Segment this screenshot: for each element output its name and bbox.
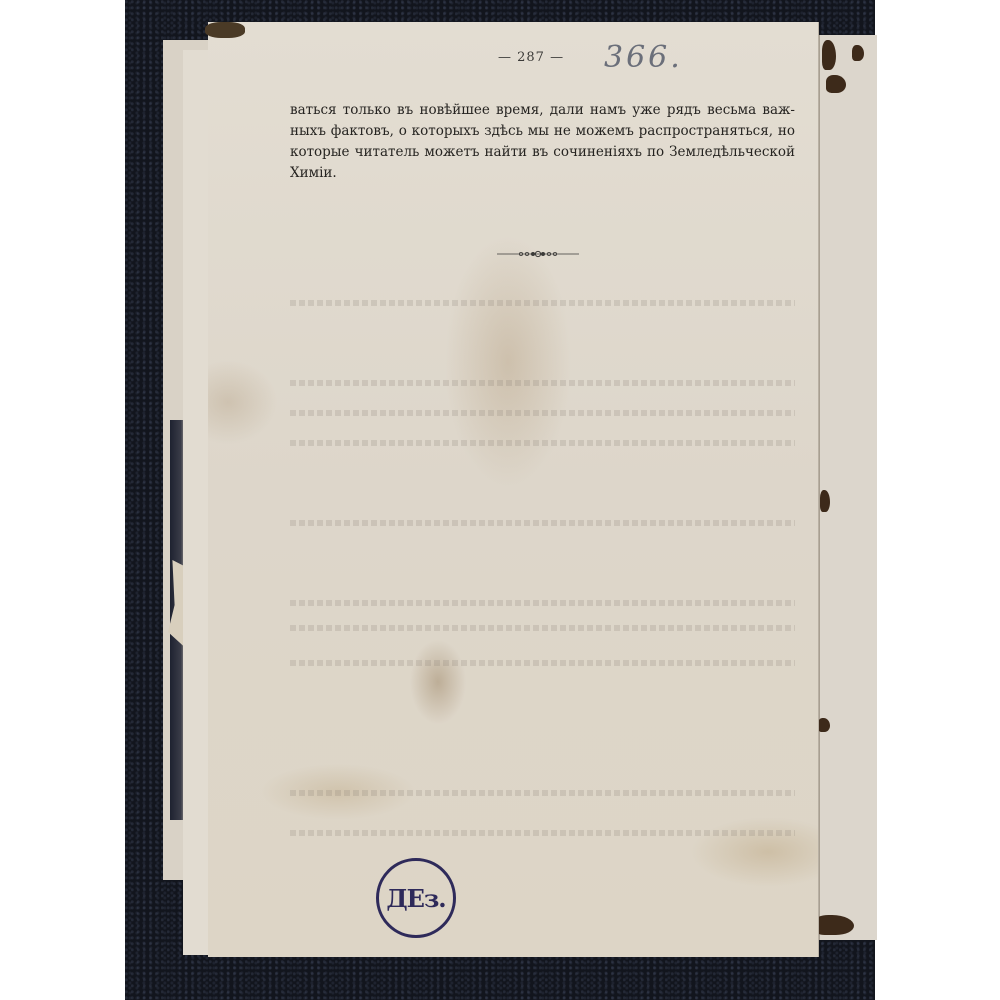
handwritten-note: 366. — [604, 40, 683, 75]
text-line: ваться только въ новѣйшее время, дали на… — [290, 100, 795, 121]
show-through-text — [290, 830, 795, 836]
show-through-text — [290, 625, 795, 631]
edge-damage — [814, 915, 854, 935]
show-through-text — [290, 660, 795, 666]
edge-damage — [852, 45, 864, 61]
stamp-text: ДЕз. — [386, 884, 445, 913]
edge-damage — [826, 75, 846, 93]
show-through-text — [290, 520, 795, 526]
show-through-text — [290, 440, 795, 446]
show-through-text — [290, 600, 795, 606]
edge-damage — [820, 490, 830, 512]
edge-damage — [818, 718, 830, 732]
corner-stain — [205, 22, 245, 38]
text-line: ныхъ фактовъ, о которыхъ здѣсь мы не мож… — [290, 121, 795, 142]
page-number: — 287 — — [498, 50, 564, 65]
edge-damage — [822, 40, 836, 70]
show-through-text — [290, 380, 795, 386]
text-line: которые читатель можетъ найти въ сочинен… — [290, 142, 795, 163]
text-line: Химіи. — [290, 163, 795, 184]
section-divider-ornament — [497, 250, 579, 258]
facing-page-edge — [818, 35, 877, 940]
body-text: ваться только въ новѣйшее время, дали на… — [290, 100, 795, 184]
show-through-text — [290, 410, 795, 416]
show-through-text — [290, 790, 795, 796]
show-through-text — [290, 300, 795, 306]
library-stamp: ДЕз. — [376, 858, 456, 938]
